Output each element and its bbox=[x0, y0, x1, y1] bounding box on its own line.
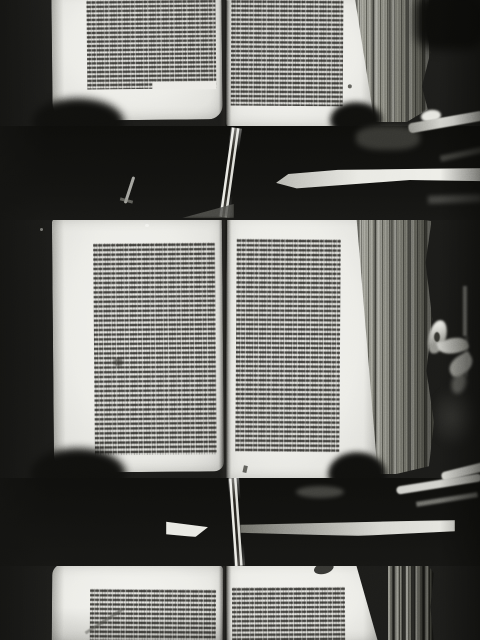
catchword-mark bbox=[242, 465, 247, 473]
film-right-edge-shade bbox=[440, 0, 480, 640]
page-crease bbox=[85, 608, 123, 634]
book-gutter-shadow bbox=[219, 558, 231, 640]
book-gutter-shadow bbox=[219, 0, 231, 130]
book-gutter-shadow bbox=[219, 212, 231, 480]
short-last-line-gap bbox=[152, 81, 216, 90]
soft-gray-haze bbox=[296, 486, 344, 498]
dust-speck bbox=[145, 224, 149, 227]
ink-speck bbox=[348, 84, 352, 88]
arabic-script-block bbox=[231, 0, 344, 106]
arabic-script-block bbox=[86, 0, 216, 90]
ink-smudge bbox=[113, 358, 123, 366]
manuscript-right-page bbox=[225, 213, 380, 480]
microfilm-strip bbox=[0, 0, 480, 640]
book-fore-edge bbox=[388, 564, 434, 640]
film-left-edge-shade bbox=[0, 0, 52, 640]
photograph-scene bbox=[0, 0, 480, 640]
arabic-script-block bbox=[93, 242, 217, 455]
arabic-script-block bbox=[90, 589, 216, 640]
arabic-script-block bbox=[232, 587, 345, 640]
manuscript-left-page bbox=[52, 563, 224, 640]
arabic-script-block bbox=[235, 239, 340, 453]
manuscript-right-page bbox=[226, 561, 378, 640]
manuscript-left-page bbox=[52, 217, 224, 472]
